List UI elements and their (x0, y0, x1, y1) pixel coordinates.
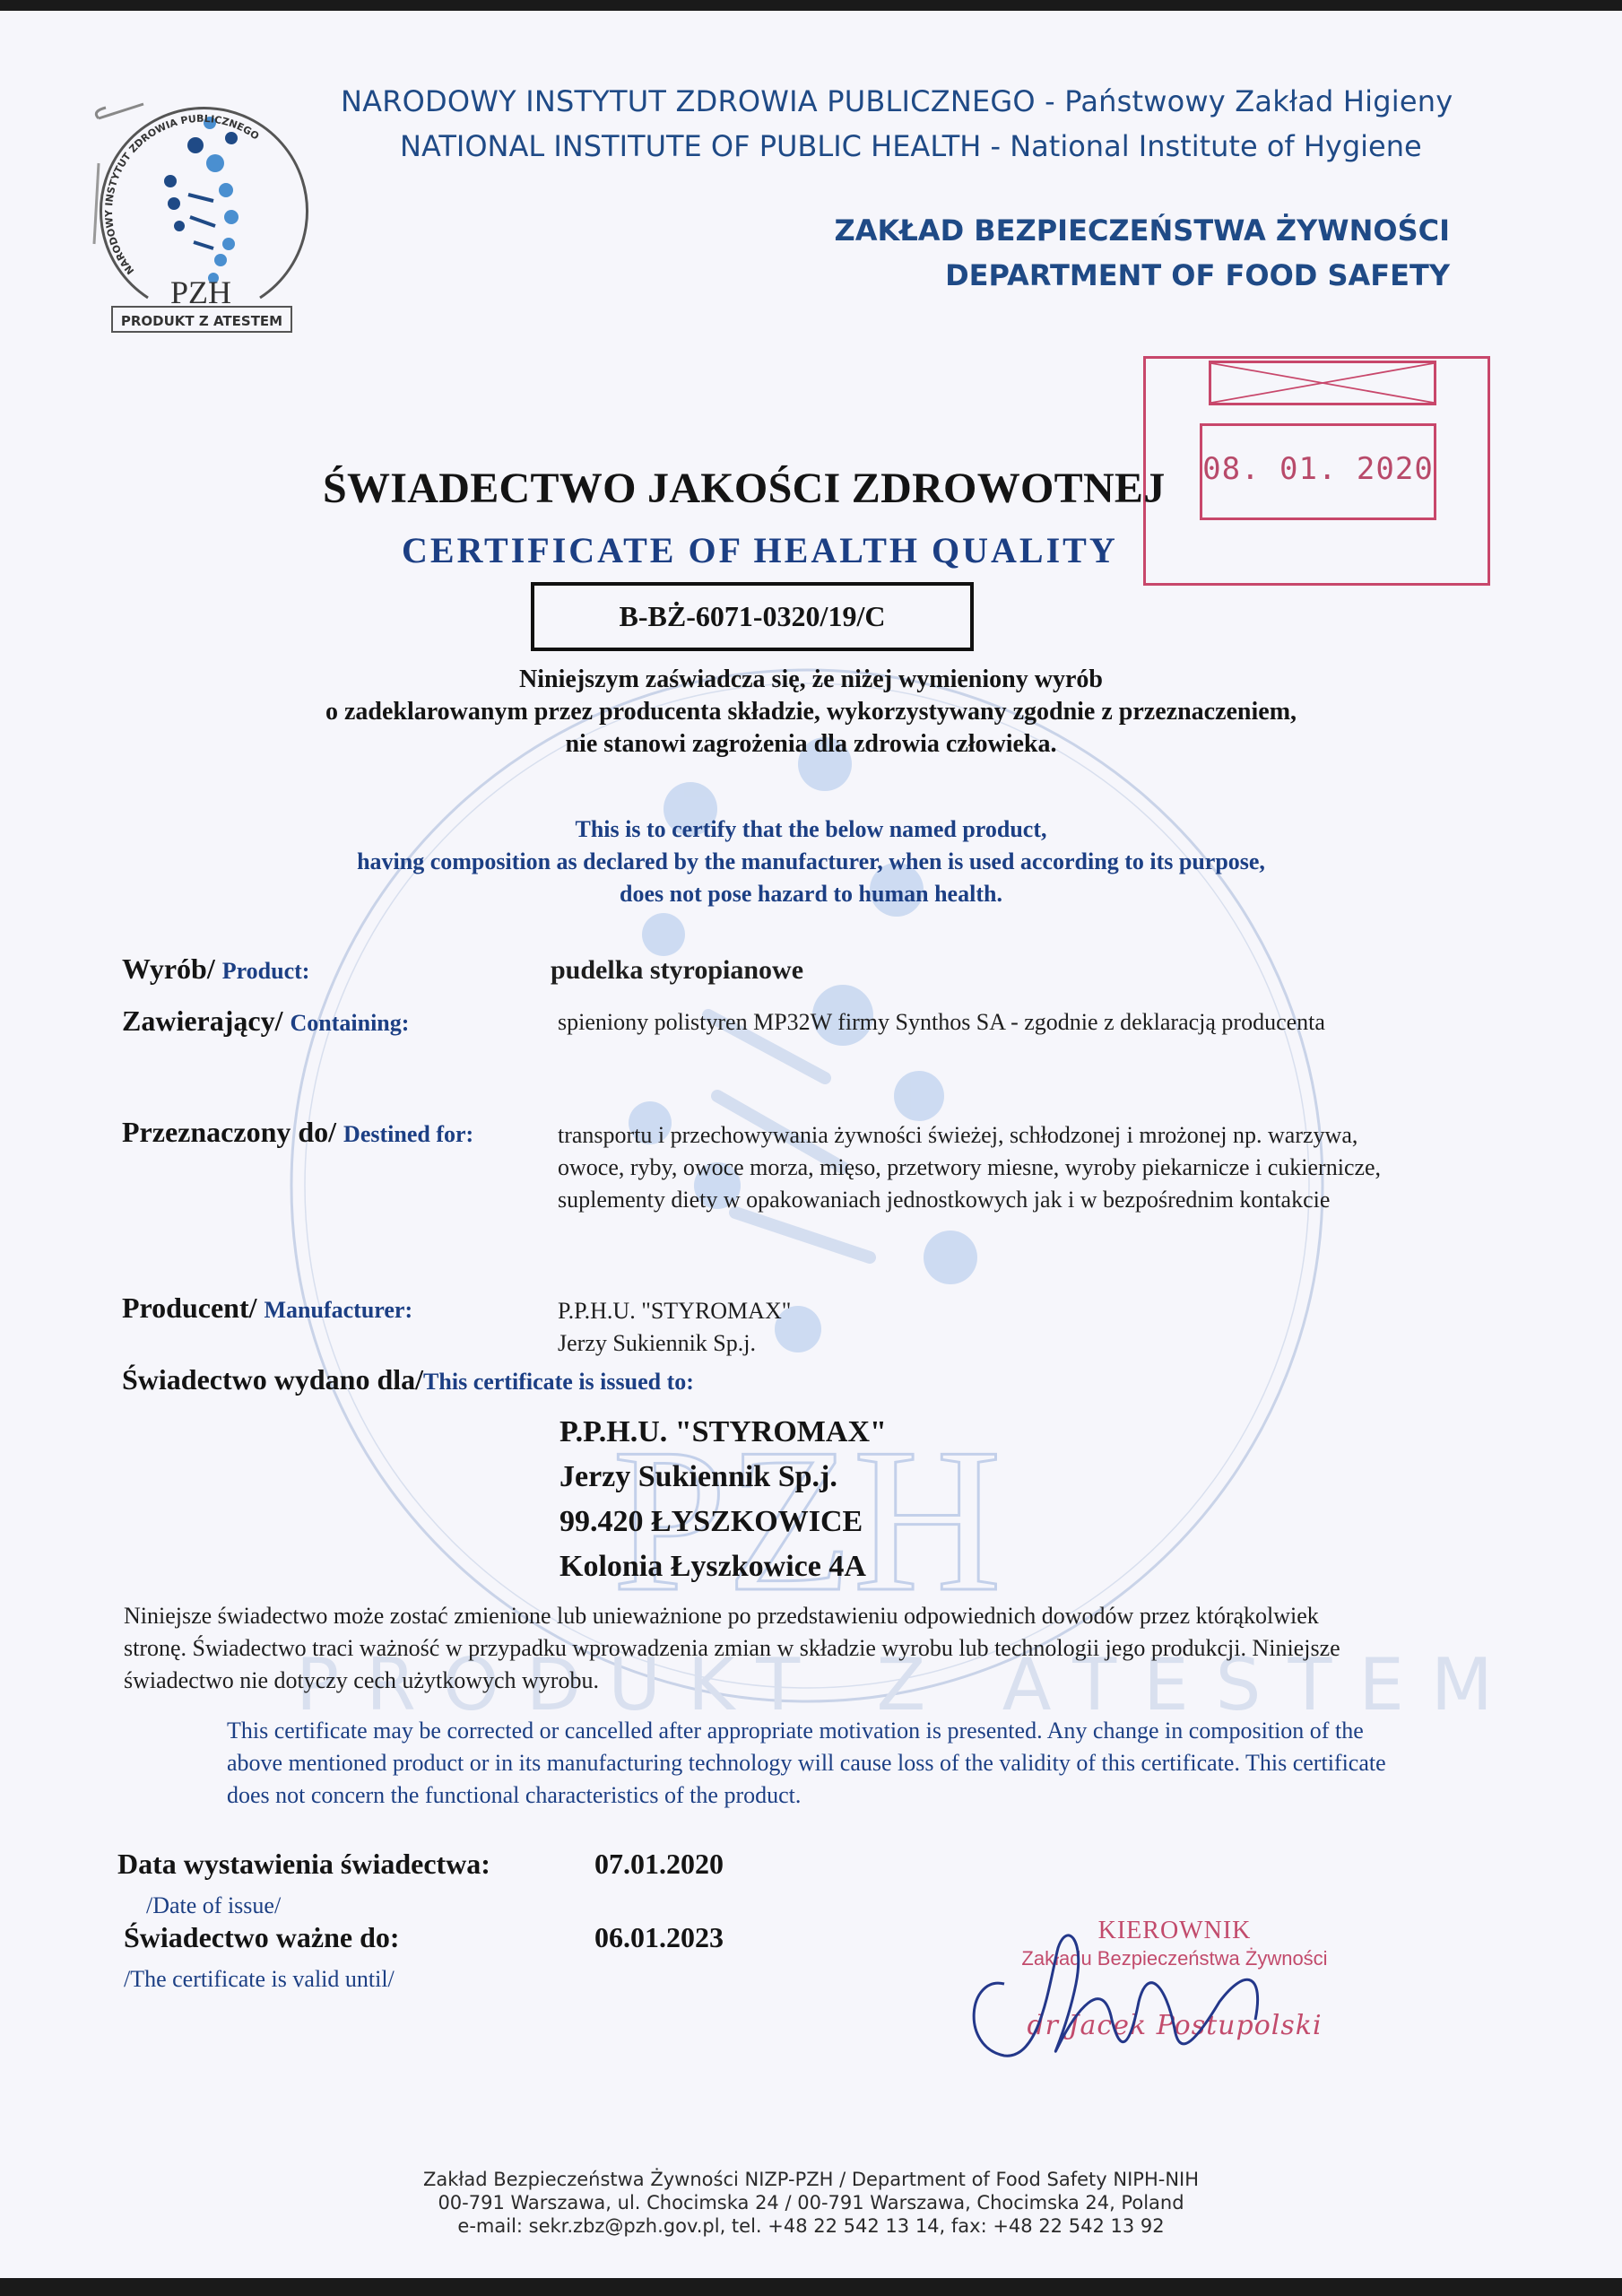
certificate-title-en: CERTIFICATE OF HEALTH QUALITY (402, 529, 1118, 571)
product-value: pudelka styropianowe (551, 954, 803, 987)
stamp-date-box: 08. 01. 2020 (1200, 423, 1436, 520)
svg-text:PRODUKT Z ATESTEM: PRODUKT Z ATESTEM (121, 313, 282, 329)
handwritten-signature (950, 1912, 1399, 2074)
department-name-en: DEPARTMENT OF FOOD SAFETY (945, 258, 1450, 292)
certificate-page: PZH PRODUKT Z ATESTEM PZH PRODUKT Z ATES… (0, 11, 1622, 2278)
product-label: Wyrób/ Product: (122, 952, 309, 986)
footer-address: 00-791 Warszawa, ul. Chocimska 24 / 00-7… (0, 2191, 1622, 2214)
institute-name-en: NATIONAL INSTITUTE OF PUBLIC HEALTH - Na… (400, 129, 1422, 163)
issue-date-value: 07.01.2020 (594, 1848, 724, 1881)
issued-to-address: P.P.H.U. "STYROMAX" Jerzy Sukiennik Sp.j… (559, 1410, 887, 1589)
intro-statement-pl: Niniejszym zaświadcza się, że niżej wymi… (0, 664, 1622, 761)
certificate-number: B-BŻ-6071-0320/19/C (531, 582, 974, 651)
disclaimer-pl: Niniejsze świadectwo może zostać zmienio… (124, 1600, 1379, 1697)
disclaimer-en: This certificate may be corrected or can… (227, 1715, 1410, 1812)
manufacturer-label: Producent/ Manufacturer: (122, 1291, 412, 1325)
issued-to-label: Świadectwo wydano dla/This certificate i… (122, 1363, 694, 1396)
destined-value: transportu i przechowywania żywności świ… (558, 1119, 1418, 1216)
institute-name-pl: NARODOWY INSTYTUT ZDROWIA PUBLICZNEGO - … (341, 84, 1453, 118)
manufacturer-value: P.P.H.U. "STYROMAX" Jerzy Sukiennik Sp.j… (558, 1295, 791, 1360)
valid-until-label-en: /The certificate is valid until/ (124, 1966, 395, 1993)
issue-date-label: Data wystawienia świadectwa: (117, 1848, 490, 1881)
containing-label: Zawierający/ Containing: (122, 1004, 409, 1038)
valid-until-label: Świadectwo ważne do: (124, 1921, 400, 1954)
crossed-box (1209, 361, 1436, 405)
containing-value: spieniony polistyren MP32W firmy Synthos… (558, 1006, 1418, 1039)
department-name-pl: ZAKŁAD BEZPIECZEŃSTWA ŻYWNOŚCI (834, 213, 1450, 248)
destined-label: Przeznaczony do/ Destined for: (122, 1116, 473, 1149)
intro-statement-en: This is to certify that the below named … (0, 813, 1622, 910)
footer-department: Zakład Bezpieczeństwa Żywności NIZP-PZH … (0, 2168, 1622, 2191)
footer-contact: Zakład Bezpieczeństwa Żywności NIZP-PZH … (0, 2168, 1622, 2238)
footer-email-phone: e-mail: sekr.zbz@pzh.gov.pl, tel. +48 22… (0, 2214, 1622, 2238)
issue-date-label-en: /Date of issue/ (146, 1892, 281, 1919)
stamp-date: 08. 01. 2020 (1202, 451, 1434, 487)
pzh-logo: PZH PRODUKT Z ATESTEM NARODOWY INSTYTUT … (54, 83, 341, 334)
svg-text:PZH: PZH (170, 274, 231, 310)
valid-until-value: 06.01.2023 (594, 1921, 724, 1954)
received-stamp: 08. 01. 2020 (1143, 356, 1490, 586)
certificate-title-pl: ŚWIADECTWO JAKOŚCI ZDROWOTNEJ (323, 464, 1166, 513)
